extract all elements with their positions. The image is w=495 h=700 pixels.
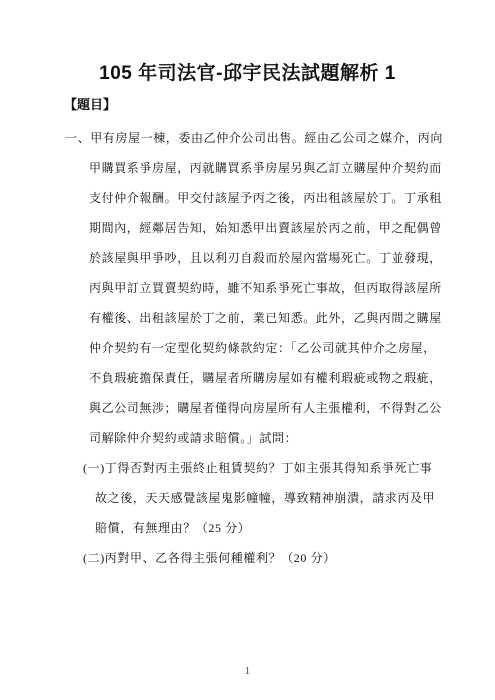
question-line: 與乙公司無涉；購屋者僅得向房屋所有人主張權利，不得對乙公 (65, 393, 437, 423)
section-label-question: 【題目】 (64, 94, 116, 113)
question-line: 司解除仲介契約或請求賠償。」試問： (65, 423, 437, 453)
question-line: 不負瑕疵擔保責任，購屋者所購房屋如有權利瑕疵或物之瑕疵， (65, 363, 437, 393)
question-body: 一、甲有房屋一棟，委由乙仲介公司出售。經由乙公司之媒介，丙向 甲購買系爭房屋，丙… (65, 123, 437, 573)
document-page: 105 年司法官-邱宇民法試題解析 1 【題目】 一、甲有房屋一棟，委由乙仲介公… (0, 0, 495, 700)
page-title: 105 年司法官-邱宇民法試題解析 1 (0, 58, 495, 85)
question-line: 一、甲有房屋一棟，委由乙仲介公司出售。經由乙公司之媒介，丙向 (65, 123, 437, 153)
question-line: 期間內，經鄰居告知，始知悉甲出賣該屋於丙之前，甲之配偶曾 (65, 213, 437, 243)
question-line: 於該屋與甲爭吵，且以利刃自殺而於屋內當場死亡。丁並發現， (65, 243, 437, 273)
question-line: 甲購買系爭房屋，丙就購買系爭房屋另與乙訂立購屋仲介契約而 (65, 153, 437, 183)
question-line: 丙與甲訂立買賣契約時，雖不知系爭死亡事故，但丙取得該屋所 (65, 273, 437, 303)
page-number: 1 (0, 666, 495, 677)
question-line: 有權後、出租該屋於丁之前，業已知悉。此外，乙與丙間之購屋 (65, 303, 437, 333)
question-subitem-2: (二)丙對甲、乙各得主張何種權利？（20 分） (65, 543, 437, 573)
question-line: 支付仲介報酬。甲交付該屋予丙之後，丙出租該屋於丁。丁承租 (65, 183, 437, 213)
question-line: 故之後，天天感覺該屋鬼影幢幢，導致精神崩潰，請求丙及甲 (65, 483, 437, 513)
question-subitem-1: (一)丁得否對丙主張終止租賃契約？丁如主張其得知系爭死亡事 (65, 453, 437, 483)
question-line: 賠償，有無理由？（25 分） (65, 513, 437, 543)
question-line: 仲介契約有一定型化契約條款約定：「乙公司就其仲介之房屋， (65, 333, 437, 363)
